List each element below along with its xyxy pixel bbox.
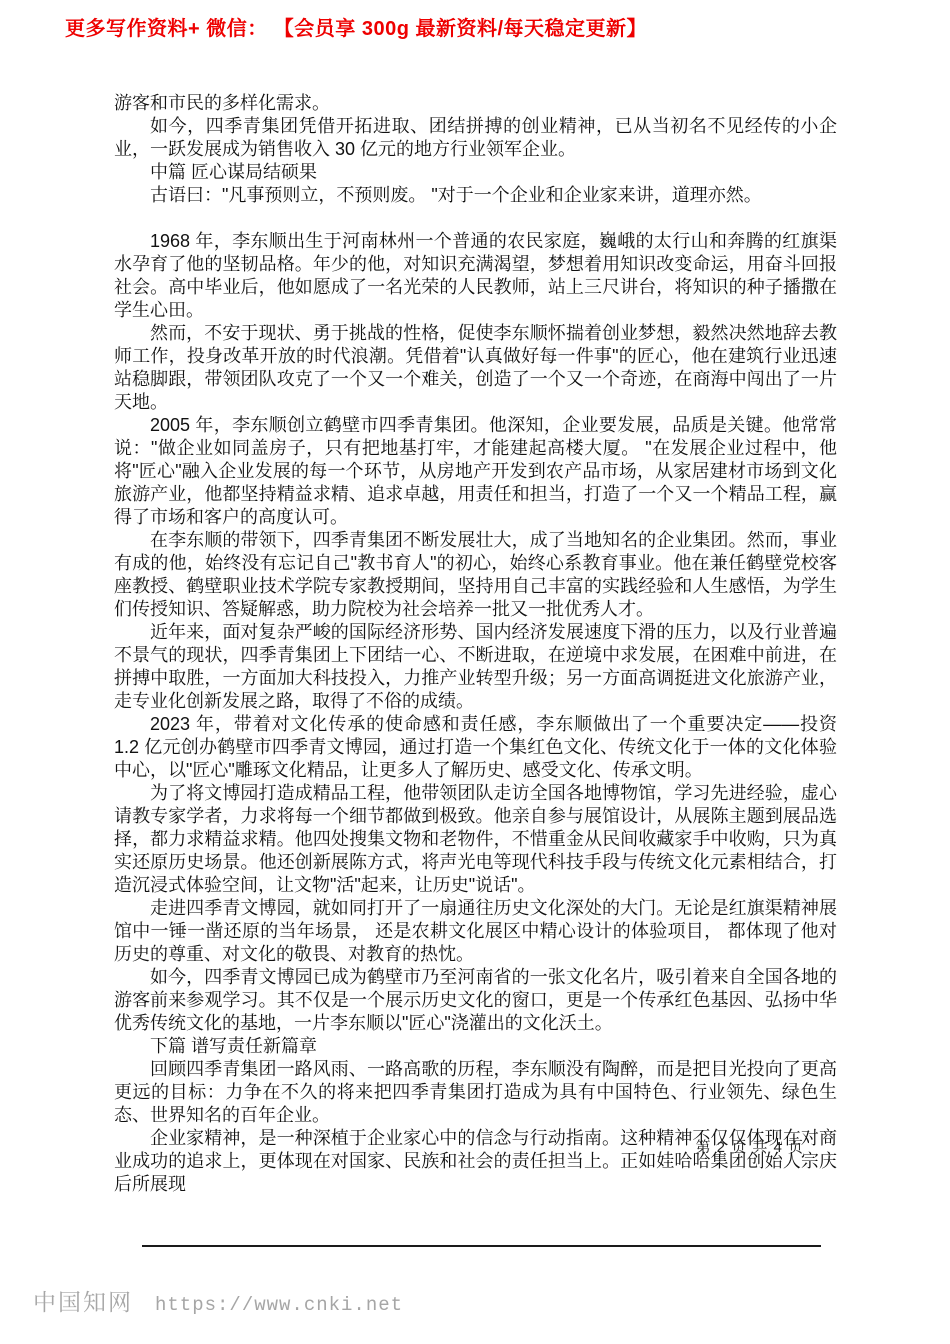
body-paragraph: 古语曰："凡事预则立，不预则废。 "对于一个企业和企业家来讲，道理亦然。 [114, 184, 837, 207]
body-paragraph: 然而，不安于现状、勇于挑战的性格，促使李东顺怀揣着创业梦想，毅然决然地辞去教师工… [114, 322, 837, 414]
section-heading-middle: 中篇 匠心谋局结硕果 [114, 161, 837, 184]
body-paragraph: 2023 年，带着对文化传承的使命感和责任感，李东顺做出了一个重要决定——投资 … [114, 713, 837, 782]
body-paragraph: 近年来，面对复杂严峻的国际经济形势、国内经济发展速度下滑的压力，以及行业普遍不景… [114, 621, 837, 713]
cnki-logo-text: 中国知网 [33, 1284, 133, 1317]
body-paragraph: 如今，四季青集团凭借开拓进取、团结拼搏的创业精神，已从当初名不见经传的小企业，一… [114, 115, 837, 161]
body-paragraph: 为了将文博园打造成精品工程，他带领团队走访全国各地博物馆，学习先进经验，虚心请教… [114, 782, 837, 897]
cnki-url: https://www.cnki.net [155, 1294, 403, 1316]
section-heading-lower: 下篇 谱写责任新篇章 [114, 1035, 837, 1058]
body-paragraph: 2005 年，李东顺创立鹤壁市四季青集团。他深知，企业要发展，品质是关键。他常常… [114, 414, 837, 529]
body-paragraph: 如今，四季青文博园已成为鹤壁市乃至河南省的一张文化名片，吸引着来自全国各地的游客… [114, 966, 837, 1035]
cnki-watermark: 中国知网 https://www.cnki.net [33, 1284, 403, 1317]
body-paragraph: 回顾四季青集团一路风雨、一路高歌的历程，李东顺没有陶醉，而是把目光投向了更高更远… [114, 1058, 837, 1127]
body-paragraph: 1968 年，李东顺出生于河南林州一个普通的农民家庭，巍峨的太行山和奔腾的红旗渠… [114, 230, 837, 322]
document-text-area: 游客和市民的多样化需求。 如今，四季青集团凭借开拓进取、团结拼搏的创业精神，已从… [114, 92, 837, 1196]
body-paragraph: 游客和市民的多样化需求。 [114, 92, 837, 115]
page-number: 第 2 页 共 4 页 [695, 1136, 804, 1157]
promo-banner: 更多写作资料+ 微信： 【会员享 300g 最新资料/每天稳定更新】 [65, 12, 647, 41]
body-paragraph: 走进四季青文博园，就如同打开了一扇通往历史文化深处的大门。无论是红旗渠精神展馆中… [114, 897, 837, 966]
body-paragraph: 在李东顺的带领下，四季青集团不断发展壮大，成了当地知名的企业集团。然而，事业有成… [114, 529, 837, 621]
footer-divider [142, 1245, 821, 1247]
